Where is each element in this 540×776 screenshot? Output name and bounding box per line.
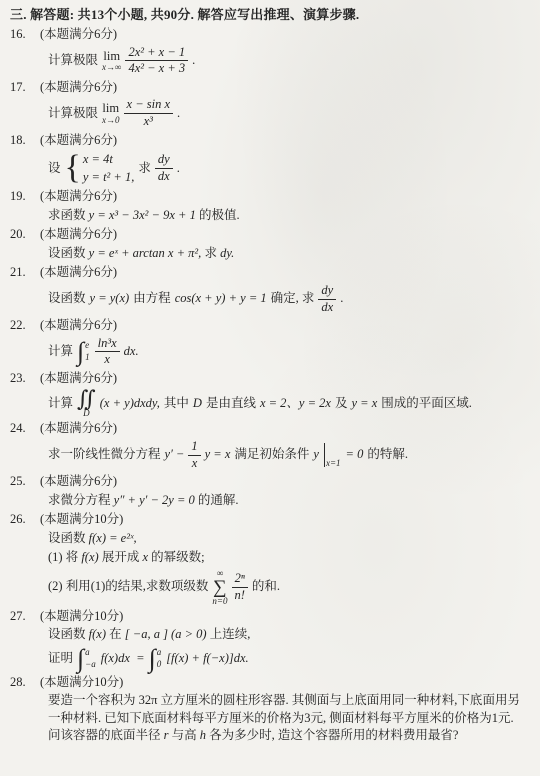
fraction-denominator: x³ (141, 114, 156, 130)
problem-number: 17. (10, 79, 36, 97)
problem-27: 27. (本题满分10分) 设函数 f(x) 在 [ −a, a ] (a > … (10, 608, 528, 672)
problem-26-head: 26. (本题满分10分) (10, 511, 528, 529)
score-label: (本题满分6分) (40, 26, 117, 44)
integral-icon: ∫ (77, 646, 84, 672)
lim-subscript: x→∞ (102, 63, 121, 72)
tail-text: 的极值. (199, 208, 240, 222)
tail-text: 的特解. (367, 446, 408, 464)
integral-upper-bound: a (85, 646, 96, 659)
problem-18-head: 18. (本题满分6分) (10, 132, 528, 150)
score-label: (本题满分10分) (40, 511, 123, 529)
coefficient-fraction: 1 x (188, 439, 200, 471)
line-equation-2: y = x (351, 395, 377, 413)
integrand-expression: (x + y)dxdy, (100, 395, 160, 413)
problem-24: 24. (本题满分6分) 求一阶线性微分方程 y′ − 1 x y = x 满足… (10, 420, 528, 471)
problem-number: 25. (10, 473, 36, 491)
tail-text: . (340, 290, 343, 308)
problem-number: 23. (10, 370, 36, 388)
fraction-numerator: 1 (188, 439, 200, 456)
problem-number: 28. (10, 674, 36, 692)
fraction-numerator: x − sin x (124, 97, 174, 114)
fraction-denominator: dx (318, 300, 336, 316)
problem-17-head: 17. (本题满分6分) (10, 79, 528, 97)
mid-text: 在 (109, 627, 122, 641)
problem-26: 26. (本题满分10分) 设函数 f(x) = e²ˣ, (1) 将 f(x)… (10, 511, 528, 606)
problem-16: 16. (本题满分6分) 计算极限 lim x→∞ 2x² + x − 1 4x… (10, 26, 528, 77)
derivative-fraction: dy dx (318, 283, 336, 315)
double-integral-domain: D (83, 409, 90, 418)
problem-27-line-2: 证明 ∫ a −a f(x)dx = ∫ a 0 [f(x) + f(−x)]d… (10, 646, 528, 672)
system-of-equations: { x = 4t y = t² + 1, (65, 150, 135, 186)
lead-text: 设函数 (48, 627, 86, 641)
function-expression: y = eˣ + arctan x + π², (89, 246, 202, 260)
problem-20: 20. (本题满分6分) 设函数 y = eˣ + arctan x + π²,… (10, 226, 528, 262)
integral-with-bounds: ∫ e 1 (77, 339, 91, 365)
function-definition: f(x) = e²ˣ, (89, 531, 137, 545)
problem-22-head: 22. (本题满分6分) (10, 317, 528, 335)
interval-expression: [ −a, a ] (a > 0) (125, 627, 207, 641)
problem-25: 25. (本题满分6分) 求微分方程 y″ + y′ − 2y = 0 的通解. (10, 473, 528, 509)
mid-text: 求 (138, 160, 151, 178)
fraction-numerator: dy (155, 152, 173, 169)
integral-bounds: a 0 (156, 646, 162, 672)
fraction-denominator: n! (231, 588, 247, 604)
tail-text: 的通解. (198, 493, 239, 507)
lead-text: 计算 (48, 395, 73, 413)
evaluation-subscript: x=1 (326, 457, 341, 470)
problem-27-line-1: 设函数 f(x) 在 [ −a, a ] (a > 0) 上连续, (10, 626, 528, 644)
series-term-fraction: 2ⁿ n! (231, 571, 247, 603)
problem-number: 20. (10, 226, 36, 244)
integrand-fraction: ln³x x (95, 336, 120, 368)
ode-expression: y″ + y′ − 2y = 0 (114, 493, 195, 507)
part-1-tail: 的幂级数; (151, 550, 204, 564)
line-equations-1: x = 2、y = 2x (260, 395, 331, 413)
integral-upper-bound: e (85, 339, 90, 352)
problem-28-head: 28. (本题满分10分) (10, 674, 528, 692)
lim-symbol: lim (103, 50, 120, 63)
problem-number: 24. (10, 420, 36, 438)
fraction: 2x² + x − 1 4x² − x + 3 (125, 45, 188, 77)
lim-subscript: x→0 (102, 116, 120, 125)
problem-27-head: 27. (本题满分10分) (10, 608, 528, 626)
problem-20-head: 20. (本题满分6分) (10, 226, 528, 244)
fraction-numerator: 2x² + x − 1 (125, 45, 188, 62)
limit-operator: lim x→∞ (102, 50, 121, 73)
ode-left: y′ − (165, 446, 185, 464)
problem-number: 26. (10, 511, 36, 529)
equation-1: x = 4t (83, 150, 135, 168)
lead-text: 求一阶线性微分方程 (48, 446, 161, 464)
exam-sheet: 三. 解答题: 共13个小题, 共90分. 解答应写出推理、演算步骤. 16. … (0, 0, 540, 776)
problem-25-head: 25. (本题满分6分) (10, 473, 528, 491)
summation: ∞ ∑ n=0 (212, 569, 227, 606)
prove-text: 证明 (48, 650, 73, 668)
score-label: (本题满分6分) (40, 132, 117, 150)
rhs-integrand: [f(x) + f(−x)]dx. (166, 650, 248, 668)
problem-26-line-2: (1) 将 f(x) 展开成 x 的幂级数; (10, 549, 528, 567)
brace-glyph: { (65, 153, 81, 184)
variable-symbol: x (142, 550, 148, 564)
part-2-tail: 的和. (252, 578, 280, 596)
evaluation-bar (324, 443, 325, 467)
function-expression: y = x³ − 3x² − 9x + 1 (89, 208, 196, 222)
ode-right: y = x (205, 446, 231, 464)
part-1-lead: (1) 将 (48, 550, 78, 564)
tail-text: . (192, 52, 195, 70)
lead-text: 设函数 (48, 246, 86, 260)
mid-text-3: 及 (335, 395, 348, 413)
equations-column: x = 4t y = t² + 1, (83, 150, 135, 186)
mid-text-1: 由方程 (133, 290, 171, 308)
problem-21-head: 21. (本题满分6分) (10, 264, 528, 282)
tail-text: 围成的平面区域. (381, 395, 472, 413)
problem-number: 16. (10, 26, 36, 44)
problem-23-head: 23. (本题满分6分) (10, 370, 528, 388)
integral-icon: ∫ (77, 339, 84, 365)
integral-lower-bound: 1 (85, 351, 90, 364)
lead-text: 计算极限 (48, 52, 98, 70)
word-problem-text-2: 与高 (169, 728, 200, 742)
problem-23: 23. (本题满分6分) 计算 ∬ D (x + y)dxdy, 其中 D 是由… (10, 370, 528, 419)
equation-expression: cos(x + y) + y = 1 (175, 290, 267, 308)
problem-24-body: 求一阶线性微分方程 y′ − 1 x y = x 满足初始条件 y x=1 = … (10, 439, 528, 471)
fraction-denominator: x (101, 352, 113, 368)
equation-2: y = t² + 1, (83, 168, 135, 186)
problem-25-body: 求微分方程 y″ + y′ − 2y = 0 的通解. (10, 492, 528, 510)
problem-number: 21. (10, 264, 36, 282)
part-1-mid: 展开成 (102, 550, 140, 564)
function-symbol: f(x) (89, 627, 106, 641)
part-2-lead: (2) 利用(1)的结果,求数项级数 (48, 578, 208, 596)
fraction-numerator: 2ⁿ (232, 571, 248, 588)
problem-26-line-3: (2) 利用(1)的结果,求数项级数 ∞ ∑ n=0 2ⁿ n! 的和. (10, 569, 528, 606)
problem-19-body: 求函数 y = x³ − 3x² − 9x + 1 的极值. (10, 207, 528, 225)
fraction-numerator: ln³x (95, 336, 120, 353)
lead-text: 设 (48, 160, 61, 178)
problem-24-head: 24. (本题满分6分) (10, 420, 528, 438)
summation-lower: n=0 (212, 597, 227, 606)
integral-lhs: ∫ a −a (77, 646, 97, 672)
integral-bounds: a −a (84, 646, 96, 672)
integral-rhs: ∫ a 0 (149, 646, 163, 672)
differential-text: dx. (124, 343, 139, 361)
differential-expression: dy. (220, 246, 234, 260)
mid-text-2: 确定, 求 (271, 290, 315, 308)
fraction-denominator: 4x² − x + 3 (125, 61, 188, 77)
problem-19-head: 19. (本题满分6分) (10, 188, 528, 206)
lead-text: 计算 (48, 343, 73, 361)
problem-19: 19. (本题满分6分) 求函数 y = x³ − 3x² − 9x + 1 的… (10, 188, 528, 224)
initial-value: = 0 (346, 446, 364, 464)
function-symbol: f(x) (81, 550, 98, 564)
lim-symbol: lim (102, 102, 119, 115)
lhs-integrand: f(x)dx = (101, 650, 145, 668)
limit-operator: lim x→0 (102, 102, 120, 125)
problem-26-line-1: 设函数 f(x) = e²ˣ, (10, 530, 528, 548)
score-label: (本题满分6分) (40, 420, 117, 438)
problem-21: 21. (本题满分6分) 设函数 y = y(x) 由方程 cos(x + y)… (10, 264, 528, 315)
problem-20-body: 设函数 y = eˣ + arctan x + π², 求 dy. (10, 245, 528, 263)
problem-17-body: 计算极限 lim x→0 x − sin x x³ . (10, 97, 528, 129)
tail-text: . (177, 160, 180, 178)
problem-22-body: 计算 ∫ e 1 ln³x x dx. (10, 336, 528, 368)
score-label: (本题满分6分) (40, 317, 117, 335)
mid-text-2: 是由直线 (206, 395, 256, 413)
problem-16-body: 计算极限 lim x→∞ 2x² + x − 1 4x² − x + 3 . (10, 45, 528, 77)
integral-bounds: e 1 (84, 339, 90, 365)
fraction: x − sin x x³ (124, 97, 174, 129)
problem-18: 18. (本题满分6分) 设 { x = 4t y = t² + 1, 求 dy… (10, 132, 528, 187)
problem-number: 27. (10, 608, 36, 626)
score-label: (本题满分10分) (40, 608, 123, 626)
score-label: (本题满分6分) (40, 370, 117, 388)
domain-symbol: D (193, 395, 202, 413)
double-integral-icon: ∬ (77, 388, 96, 410)
problem-number: 18. (10, 132, 36, 150)
lead-text: 设函数 (48, 531, 86, 545)
lead-text: 求微分方程 (48, 493, 111, 507)
problem-16-head: 16. (本题满分6分) (10, 26, 528, 44)
tail-text: . (177, 105, 180, 123)
lead-text: 求函数 (48, 208, 86, 222)
section-header: 三. 解答题: 共13个小题, 共90分. 解答应写出推理、演算步骤. (10, 6, 528, 24)
integral-upper-bound: a (157, 646, 162, 659)
double-integral: ∬ D (77, 388, 96, 418)
score-label: (本题满分6分) (40, 79, 117, 97)
problem-17: 17. (本题满分6分) 计算极限 lim x→0 x − sin x x³ . (10, 79, 528, 130)
integral-lower-bound: −a (85, 658, 96, 671)
function-expression: y = y(x) (90, 290, 130, 308)
fraction-denominator: dx (155, 169, 173, 185)
derivative-fraction: dy dx (155, 152, 173, 184)
integral-icon: ∫ (149, 646, 156, 672)
score-label: (本题满分6分) (40, 188, 117, 206)
problem-number: 19. (10, 188, 36, 206)
mid-text: 求 (204, 246, 217, 260)
evaluation-at-point: x=1 (324, 443, 341, 467)
lead-text: 计算极限 (48, 105, 98, 123)
word-problem-text-3: 各为多少时, 造这个容器所用的材料费用最省? (206, 728, 458, 742)
problem-22: 22. (本题满分6分) 计算 ∫ e 1 ln³x x dx. (10, 317, 528, 368)
problem-28-body: 要造一个容积为 32π 立方厘米的圆柱形容器. 其侧面与上底面用同一种材料,下底… (10, 692, 528, 745)
score-label: (本题满分6分) (40, 226, 117, 244)
score-label: (本题满分10分) (40, 674, 123, 692)
fraction-numerator: dy (318, 283, 336, 300)
problem-28: 28. (本题满分10分) 要造一个容积为 32π 立方厘米的圆柱形容器. 其侧… (10, 674, 528, 745)
problem-23-body: 计算 ∬ D (x + y)dxdy, 其中 D 是由直线 x = 2、y = … (10, 388, 528, 418)
score-label: (本题满分6分) (40, 264, 117, 282)
problem-number: 22. (10, 317, 36, 335)
problem-21-body: 设函数 y = y(x) 由方程 cos(x + y) + y = 1 确定, … (10, 283, 528, 315)
problem-18-body: 设 { x = 4t y = t² + 1, 求 dy dx . (10, 150, 528, 186)
solution-variable: y (313, 446, 319, 464)
mid-text: 满足初始条件 (234, 446, 309, 464)
integral-lower-bound: 0 (157, 658, 162, 671)
lead-text: 设函数 (48, 290, 86, 308)
score-label: (本题满分6分) (40, 473, 117, 491)
fraction-denominator: x (189, 456, 201, 472)
tail-text: 上连续, (210, 627, 251, 641)
mid-text-1: 其中 (164, 395, 189, 413)
summation-icon: ∑ (213, 578, 227, 597)
